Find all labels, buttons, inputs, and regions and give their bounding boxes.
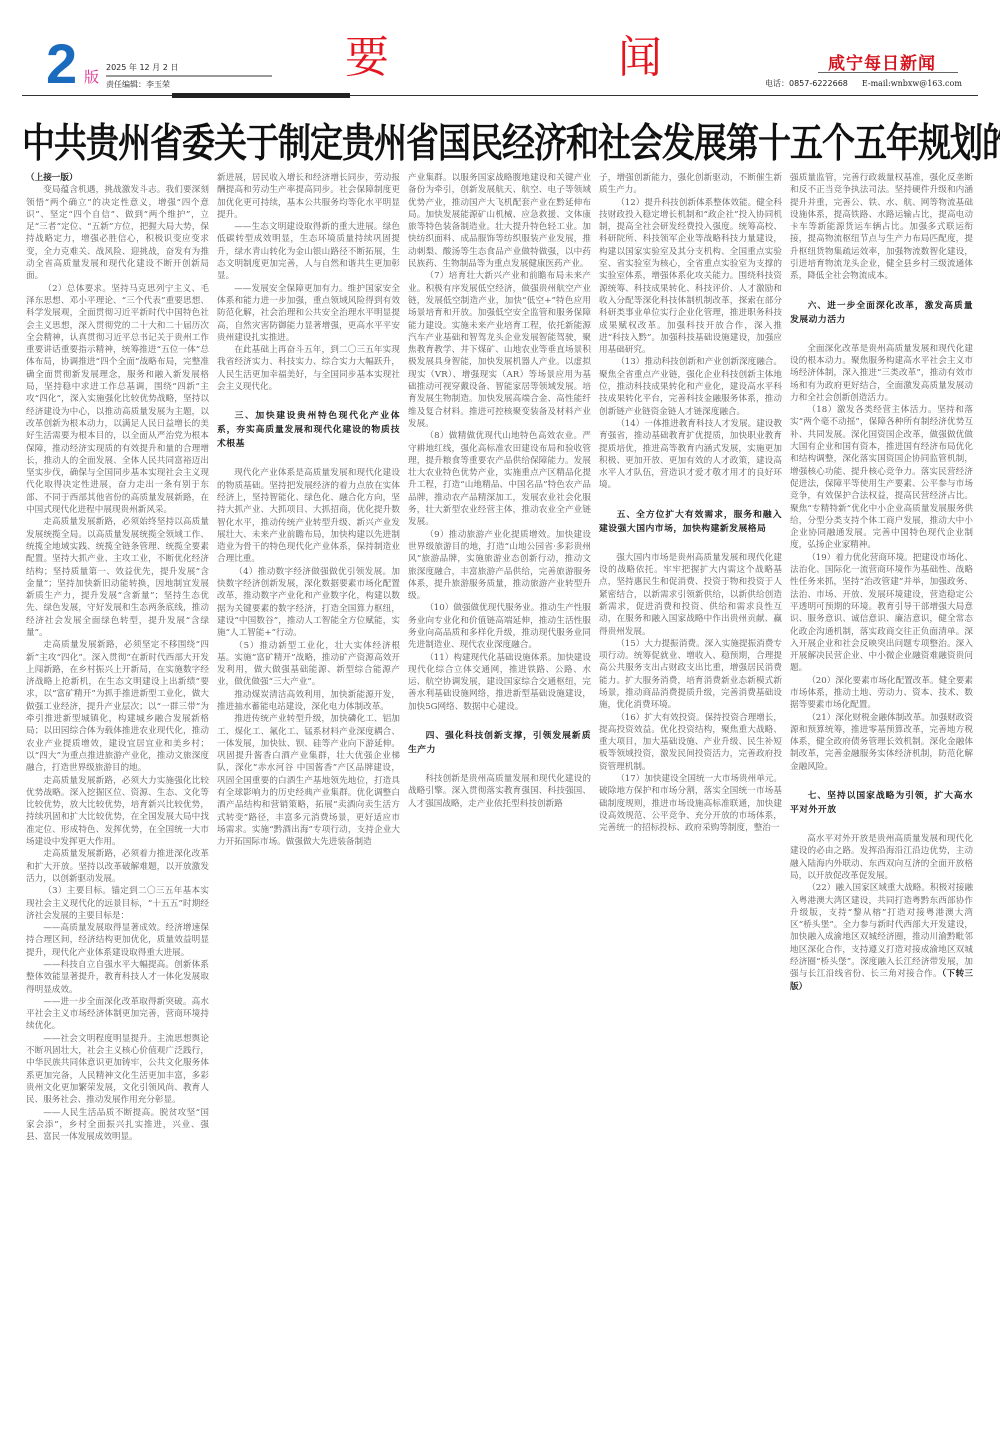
column-3: 产业集群。以服务国家战略腹地建设和关键产业备份为牵引，创新发展航天、航空、电子等… — [408, 172, 591, 1420]
newspaper-brand: 咸宁每日新闻 — [828, 49, 936, 74]
column-5: 强质量监管，完善行政裁量权基准，强化反垄断和反不正当竞争执法司法。坚持硬件升级和… — [790, 172, 973, 1420]
paragraph: （4）推动数字经济做强做优引领发展。加快数字经济创新发展，深化数据要素市场化配置… — [217, 566, 400, 640]
issue-date: 2025 年 12 月 2 日 — [106, 62, 178, 73]
paragraph: 现代化产业体系是高质量发展和现代化建设的物质基础。坚持把发展经济的着力点放在实体… — [217, 467, 400, 565]
paragraph: （8）做精做优现代山地特色高效农业。严守耕地红线，强化高标准农田建设布局和验收管… — [408, 430, 591, 528]
paragraph: （14）一体推进教育科技人才发展。建设教育强省，推动基础教育扩优提质，加快职业教… — [599, 418, 782, 492]
paragraph: （22）融入国家区域重大战略。积极对接融入粤港澳大湾区建设，共同打造粤黔东西部协… — [790, 882, 973, 993]
paragraph: ——科技自立自强水平大幅提高。创新体系整体效能显著提升，教育科技人才一体化发展取… — [26, 959, 209, 996]
paragraph: 强大国内市场是贵州高质量发展和现代化建设的战略依托。牢牢把握扩大内需这个战略基点… — [599, 552, 782, 638]
contact-info: 电话：0857-6222668E-mail:wnbxw@163.com — [765, 78, 962, 89]
brand-divider — [818, 72, 958, 73]
paragraph: （3）主要目标。锚定到二〇三五年基本实现社会主义现代化的远景目标，“十五五”时期… — [26, 885, 209, 922]
paragraph: 高水平对外开放是贵州高质量发展和现代化建设的必由之路。发挥沿海沿江沿边优势，主动… — [790, 833, 973, 882]
paragraph: （15）大力提振消费。深入实施提振消费专项行动。统筹促就业、增收入、稳预期，合理… — [599, 638, 782, 712]
paragraph: 产业集群。以服务国家战略腹地建设和关键产业备份为牵引，创新发展航天、航空、电子等… — [408, 172, 591, 270]
paragraph: （17）加快建设全国统一大市场贵州单元。破除地方保护和市场分割，落实全国统一市场… — [599, 773, 782, 834]
page-number: 2 — [46, 36, 77, 92]
paragraph: 科技创新是贵州高质量发展和现代化建设的战略引擎。深入贯彻落实教育强国、科技强国、… — [408, 773, 591, 810]
section-heading-3: 三、加快建设贵州特色现代化产业体系，夯实高质量发展和现代化建设的物质技术根基 — [217, 409, 400, 451]
column-4: 子，增强创新能力，强化创新驱动，不断催生新质生产力。 （12）提升科技创新体系整… — [599, 172, 782, 1420]
section-title-char-2: 闻 — [618, 36, 662, 80]
paragraph: （16）扩大有效投资。保持投资合理增长，提高投资效益。优化投资结构，聚焦重大战略… — [599, 712, 782, 773]
paragraph: ——生态文明建设取得新的重大进展。绿色低碳转型成效明显，生态环境质量持续巩固提升… — [217, 221, 400, 282]
paragraph: （11）构建现代化基础设施体系。加快建设现代化综合立体交通网，推进铁路、公路、水… — [408, 652, 591, 713]
paragraph: ——人民生活品质不断提高。脱贫攻坚“国家会添”，乡村全面振兴扎实推进，兴业、强县… — [26, 1107, 209, 1144]
editor-credit: 责任编辑：李玉荣 — [106, 79, 170, 90]
paragraph: ——高质量发展取得显著成效。经济增速保持合理区间，经济结构更加优化，质量效益明显… — [26, 922, 209, 959]
meta-divider — [106, 75, 272, 77]
section-heading-5: 五、全方位扩大有效需求，服务和融入建设强大国内市场，加快构建新发展格局 — [599, 508, 782, 536]
paragraph: 强质量监管，完善行政裁量权基准，强化反垄断和反不正当竞争执法司法。坚持硬件升级和… — [790, 172, 973, 283]
paragraph: 走高质量发展新路，必须大力实施强化比较优势战略。深入挖掘区位、资源、生态、文化等… — [26, 775, 209, 849]
paragraph: ——社会文明程度明显提升。主流思想舆论不断巩固壮大，社会主义核心价值观广泛践行，… — [26, 1033, 209, 1107]
page-suffix: 版 — [84, 66, 99, 87]
paragraph: （13）推动科技创新和产业创新深度融合。聚焦全省重点产业链，强化企业科技创新主体… — [599, 356, 782, 417]
paragraph: （12）提升科技创新体系整体效能。健全科技财政投入稳定增长机制和“政企社”投入协… — [599, 197, 782, 357]
section-heading-7: 七、坚持以国家战略为引领，扩大高水平对外开放 — [790, 789, 973, 817]
section-title-char-1: 要 — [345, 36, 389, 80]
paragraph: 子，增强创新能力，强化创新驱动，不断催生新质生产力。 — [599, 172, 782, 197]
column-2: 新进展，居民收入增长和经济增长同步，劳动报酬提高和劳动生产率提高同步。社会保障制… — [217, 172, 400, 1420]
paragraph: （9）推动旅游产业化提质增效。加快建设世界级旅游目的地，打造“山地公园省·多彩贵… — [408, 529, 591, 603]
paragraph: 推动煤炭清洁高效利用，加快新能源开发，推进抽水蓄能电站建设，深化电力体制改革。 — [217, 689, 400, 714]
paragraph: 全面深化改革是贵州高质量发展和现代化建设的根本动力。聚焦服务构建高水平社会主义市… — [790, 343, 973, 404]
paragraph: 变局蕴含机遇，挑战激发斗志。我们要深刻领悟“两个确立”的决定性意义，增强“四个意… — [26, 184, 209, 282]
phone-number: 电话：0857-6222668 — [765, 79, 848, 88]
paragraph: ——发展安全保障更加有力。维护国家安全体系和能力进一步加强，重点领域风险得到有效… — [217, 283, 400, 344]
paragraph: （21）深化财税金融体制改革。加强财政资源和预算统筹，推进零基预算改革，完善地方… — [790, 712, 973, 773]
masthead: 2 版 2025 年 12 月 2 日 责任编辑：李玉荣 要 闻 咸宁每日新闻 … — [0, 0, 1000, 92]
section-heading-6: 六、进一步全面深化改革，激发高质量发展动力活力 — [790, 299, 973, 327]
column-1: （上接一版） 变局蕴含机遇，挑战激发斗志。我们要深刻领悟“两个确立”的决定性意义… — [26, 172, 209, 1420]
paragraph: 走高质量发展新路，必须着力推进深化改革和扩大开放。坚持以改革破解难题，以开放激发… — [26, 848, 209, 885]
article-body: （上接一版） 变局蕴含机遇，挑战激发斗志。我们要深刻领悟“两个确立”的决定性意义… — [26, 172, 976, 1420]
paragraph-text: （22）融入国家区域重大战略。积极对接融入粤港澳大湾区建设，共同打造粤黔东西部协… — [790, 883, 973, 979]
paragraph: （20）深化要素市场化配置改革。健全要素市场体系，推动土地、劳动力、资本、技术、… — [790, 675, 973, 712]
paragraph: 推进传统产业转型升级，加快磷化工、铝加工、煤化工、氟化工、锰系材料产业深度耦合、… — [217, 713, 400, 848]
paragraph: 新进展，居民收入增长和经济增长同步，劳动报酬提高和劳动生产率提高同步。社会保障制… — [217, 172, 400, 221]
paragraph: （5）推动新型工业化，壮大实体经济根基。实施“富矿精开”战略，推动矿产资源高效开… — [217, 640, 400, 689]
continued-from-label: （上接一版） — [26, 172, 209, 184]
paragraph: 走高质量发展新路，必须始终坚持以高质量发展统揽全局。以高质量发展统揽全领域工作、… — [26, 516, 209, 639]
paragraph: （19）着力优化营商环境。把建设市场化、法治化、国际化一流营商环境作为基础性、战… — [790, 552, 973, 675]
article-headline: 中共贵州省委关于制定贵州省国民经济和社会发展第十五个五年规划的建议 — [22, 112, 978, 168]
paragraph: 走高质量发展新路，必须坚定不移围绕“四新”主攻“四化”。深入贯彻“在新时代西部大… — [26, 639, 209, 774]
header-accent-bar — [172, 93, 350, 98]
paragraph: （10）做强做优现代服务业。推动生产性服务业向专业化和价值链高端延伸，推动生活性… — [408, 602, 591, 651]
header-rule — [22, 95, 978, 96]
email-address: E-mail:wnbxw@163.com — [862, 79, 962, 88]
paragraph: （7）培育壮大新兴产业和前瞻布局未来产业。积极有序发展低空经济，做强贵州航空产业… — [408, 270, 591, 430]
paragraph: ——进一步全面深化改革取得新突破。高水平社会主义市场经济体制更加完善，营商环境持… — [26, 996, 209, 1033]
section-heading-4: 四、强化科技创新支撑，引领发展新质生产力 — [408, 729, 591, 757]
paragraph: （18）激发各类经营主体活力。坚持和落实“两个毫不动摇”，保障各种所有制经济优势… — [790, 404, 973, 552]
paragraph: 在此基础上再奋斗五年，到二〇三五年实现我省经济实力、科技实力、综合实力大幅跃升，… — [217, 344, 400, 393]
paragraph: （2）总体要求。坚持马克思列宁主义、毛泽东思想、邓小平理论、“三个代表”重要思想… — [26, 283, 209, 517]
